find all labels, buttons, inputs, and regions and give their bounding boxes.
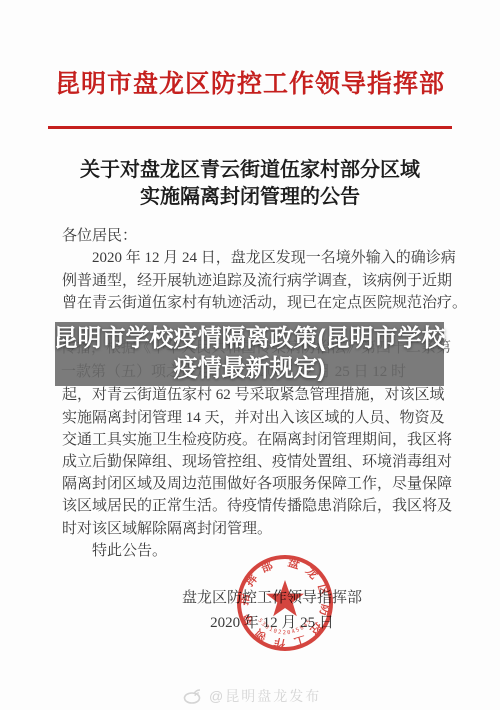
body-line: 成立后勤保障组、现场管控组、疫情处置组、环境消毒组对 (62, 452, 452, 472)
caption-overlay-title: 昆明市学校疫情隔离政策(昆明市学校 疫情最新规定) (55, 322, 444, 386)
body-line: 时对该区域解除隔离封闭管理。 (62, 519, 452, 539)
body-line: 起，对青云街道伍家村 62 号采取紧急管理措施，对该区域 (62, 385, 452, 405)
salutation: 各位居民： (62, 226, 452, 246)
caption-line1: 昆明市学校疫情隔离政策(昆明市学校 (54, 324, 446, 354)
body-line: 实施隔离封闭管理 14 天，并对出入该区域的人员、物资及 (62, 408, 452, 428)
body-line: 该区域居民的正常生活。待疫情传播隐患消除后，我区将及 (62, 496, 452, 516)
body-line: 隔离封闭区域及周边范围做好各项服务保障工作，尽量保障 (62, 474, 452, 494)
watermark-text: @昆明盘龙发布 (209, 686, 321, 706)
seal-star-icon (266, 580, 304, 616)
notice-title-line2: 实施隔离封闭管理的公告 (20, 184, 480, 211)
weibo-icon (183, 688, 203, 704)
official-seal: 盘龙区防控工作领导指挥部 5301022045845 (235, 553, 335, 657)
body-line: 曾在青云街道伍家村有轨迹活动，现已在定点医院规范治疗。 (62, 293, 452, 313)
caption-overlay-band: 传播，根据《中华人民共和国传染病防治法》第四十二条第 一款第（五）项之规定，自 … (55, 322, 444, 386)
notice-title-line1: 关于对盘龙区青云街道伍家村部分区域 (20, 157, 480, 184)
body-line: 交通工具实施卫生检疫防疫。在隔离封闭管理期间，我区将 (62, 430, 452, 450)
watermark: @昆明盘龙发布 (183, 686, 321, 706)
agency-header: 昆明市盘龙区防控工作领导指挥部 (0, 64, 500, 100)
notice-title: 关于对盘龙区青云街道伍家村部分区域 实施隔离封闭管理的公告 (20, 157, 480, 211)
caption-line2: 疫情最新规定) (174, 354, 326, 384)
body-line: 2020 年 12 月 24 日，盘龙区发现一名境外输入的确诊病 (62, 248, 452, 268)
header-divider (48, 126, 452, 129)
body-line: 例普通型，经开展轨迹追踪及流行病学调查，该病例于近期 (62, 271, 452, 291)
notice-document: 昆明市盘龙区防控工作领导指挥部 关于对盘龙区青云街道伍家村部分区域 实施隔离封闭… (0, 0, 500, 710)
